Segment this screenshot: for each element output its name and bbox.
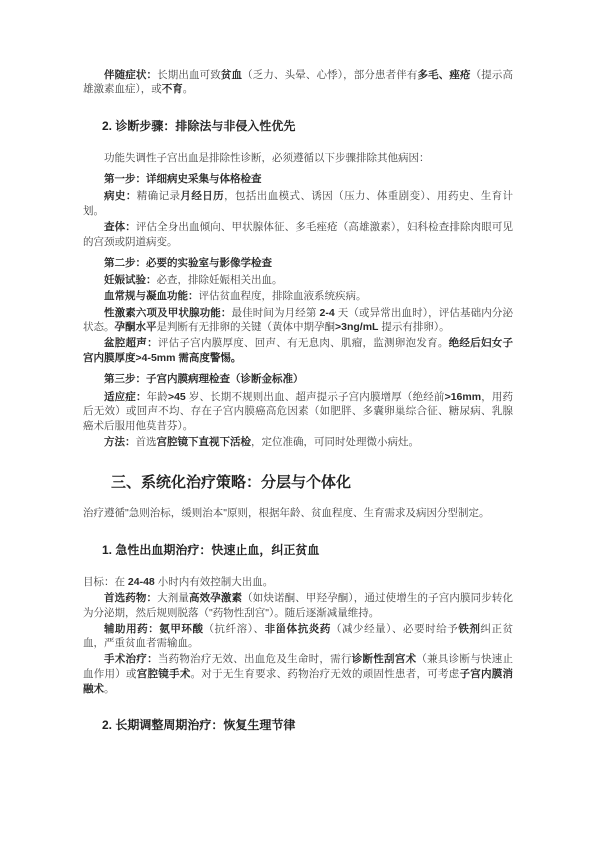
para-hormone-tests-run-7: 提示有排卵）。 — [378, 321, 449, 333]
para-accompanying-symptoms: 伴随症状：长期出血可致贫血（乏力、头晕、心悸），部分患者伴有多毛、痤疮（提示高雄… — [83, 68, 513, 97]
para-indications-run-2: >45 — [168, 391, 186, 403]
para-adjuvant-drugs-run-3: 非甾体抗炎药 — [265, 623, 331, 635]
para-surgical-treatment-run-7: 。 — [104, 683, 115, 695]
para-indications: 适应症：年龄>45 岁、长期不规则出血、超声提示子宫内膜增厚（绝经前>16mm，… — [83, 390, 513, 434]
para-physical-exam-run-0: 查体： — [104, 221, 136, 233]
para-biopsy-method: 方法：首选宫腔镜下直视下活检，定位准确，可同时处理微小病灶。 — [83, 435, 513, 450]
para-treatment-goal-run-1: 24-48 — [128, 576, 155, 588]
para-hormone-tests-run-6: >3ng/mL — [335, 321, 378, 333]
para-treatment-principle: 治疗遵循"急则治标，缓则治本"原则，根据年龄、贫血程度、生育需求及病因分型制定。 — [83, 506, 513, 521]
para-hormone-tests-run-4: 孕酮水平 — [115, 321, 157, 333]
para-adjuvant-drugs-run-4: （减少经量）、必要时给予 — [331, 623, 458, 635]
para-first-line-drugs: 首选药物：大剂量高效孕激素（如炔诺酮、甲羟孕酮），通过使增生的子宫内膜同步转化为… — [83, 591, 513, 620]
heading-step-1-run-0: 第一步：详细病史采集与体格检查 — [104, 173, 262, 185]
para-accompanying-symptoms-run-4: 多毛、痤疮 — [418, 69, 471, 81]
para-physical-exam: 查体：评估全身出血倾向、甲状腺体征、多毛痤疮（高雄激素），妇科检查排除肉眼可见的… — [83, 220, 513, 249]
para-surgical-treatment-run-1: 当药物治疗无效、出血危及生命时，需行 — [158, 653, 352, 665]
para-treatment-goal: 目标：在 24-48 小时内有效控制大出血。 — [83, 575, 513, 590]
para-adjuvant-drugs-run-2: （抗纤溶）、 — [204, 623, 265, 635]
para-treatment-goal-run-0: 目标：在 — [83, 576, 128, 588]
para-accompanying-symptoms-run-0: 伴随症状： — [104, 69, 157, 81]
heading-step-2: 第二步：必要的实验室与影像学检查 — [83, 256, 513, 271]
para-diagnosis-intro: 功能失调性子宫出血是排除性诊断，必须遵循以下步骤排除其他病因： — [83, 151, 513, 166]
para-blood-tests-run-1: 评估贫血程度，排除血液系统疾病。 — [199, 290, 367, 302]
heading-step-2-run-0: 第二步：必要的实验室与影像学检查 — [104, 257, 272, 269]
para-hormone-tests-run-1: 最佳时间为月经第 — [232, 307, 320, 319]
para-indications-run-4: >16mm — [445, 391, 481, 403]
para-indications-run-1: 年龄 — [147, 391, 168, 403]
para-treatment-goal-run-2: 小时内有效控制大出血。 — [155, 576, 273, 588]
document-page: 伴随症状：长期出血可致贫血（乏力、头晕、心悸），部分患者伴有多毛、痤疮（提示高雄… — [0, 0, 595, 841]
para-surgical-treatment-run-2: 诊断性刮宫术 — [352, 653, 417, 665]
heading-acute-bleeding-treatment: 1. 急性出血期治疗：快速止血，纠正贫血 — [83, 542, 513, 559]
para-pregnancy-test: 妊娠试验：必查，排除妊娠相关出血。 — [83, 273, 513, 288]
para-adjuvant-drugs-run-1: 氨甲环酸 — [159, 623, 203, 635]
para-surgical-treatment-run-4: 宫腔镜手术 — [137, 668, 191, 680]
para-first-line-drugs-run-2: 高效孕激素 — [189, 592, 242, 604]
para-hormone-tests: 性激素六项及甲状腺功能：最佳时间为月经第 2-4 天（或异常出血时），评估基础内… — [83, 306, 513, 335]
para-adjuvant-drugs: 辅助用药：氨甲环酸（抗纤溶）、非甾体抗炎药（减少经量）、必要时给予铁剂纠正贫血，… — [83, 622, 513, 651]
para-hormone-tests-run-2: 2-4 — [320, 307, 335, 319]
para-pelvic-ultrasound-run-0: 盆腔超声： — [104, 337, 158, 349]
para-adjuvant-drugs-run-0: 辅助用药： — [104, 623, 159, 635]
para-accompanying-symptoms-run-6: 不育 — [162, 83, 183, 95]
para-biopsy-method-run-3: ，定位准确，可同时处理微小病灶。 — [251, 436, 419, 448]
heading-treatment-strategy-run-0: 三、系统化治疗策略：分层与个体化 — [111, 474, 351, 491]
heading-diagnosis-steps: 2. 诊断步骤：排除法与非侵入性优先 — [83, 118, 513, 135]
para-surgical-treatment: 手术治疗：当药物治疗无效、出血危及生命时，需行诊断性刮宫术（兼具诊断与快速止血作… — [83, 652, 513, 696]
para-first-line-drugs-run-0: 首选药物： — [104, 592, 157, 604]
para-biopsy-method-run-0: 方法： — [104, 436, 136, 448]
para-biopsy-method-run-1: 首选 — [136, 436, 157, 448]
para-treatment-principle-run-0: 治疗遵循"急则治标，缓则治本"原则，根据年龄、贫血程度、生育需求及病因分型制定。 — [83, 507, 489, 519]
para-surgical-treatment-run-5: 。对于无生育要求、药物治疗无效的顽固性患者，可考虑 — [191, 668, 460, 680]
para-accompanying-symptoms-run-7: 。 — [183, 83, 194, 95]
para-surgical-treatment-run-0: 手术治疗： — [104, 653, 158, 665]
para-adjuvant-drugs-run-5: 铁剂 — [458, 623, 480, 635]
para-accompanying-symptoms-run-1: 长期出血可致 — [157, 69, 221, 81]
para-hormone-tests-run-5: 是判断有无排卵的关键（黄体中期孕酮 — [157, 321, 336, 333]
para-history-run-2: 月经日历 — [180, 190, 224, 202]
para-diagnosis-intro-run-0: 功能失调性子宫出血是排除性诊断，必须遵循以下步骤排除其他病因： — [104, 152, 430, 164]
para-physical-exam-run-1: 评估全身出血倾向、甲状腺体征、多毛痤疮（高雄激素），妇科检查排除肉眼可见的宫颈或… — [83, 221, 513, 248]
heading-step-3-run-0: 第三步：子宫内膜病理检查（诊断金标准） — [104, 373, 304, 385]
para-pregnancy-test-run-1: 必查，排除妊娠相关出血。 — [157, 274, 283, 286]
heading-step-1: 第一步：详细病史采集与体格检查 — [83, 172, 513, 187]
para-first-line-drugs-run-1: 大剂量 — [157, 592, 189, 604]
para-indications-run-3: 岁、长期不规则出血、超声提示子宫内膜增厚（绝经前 — [186, 391, 445, 403]
para-accompanying-symptoms-run-2: 贫血 — [221, 69, 242, 81]
para-history-run-0: 病史： — [104, 190, 137, 202]
para-pregnancy-test-run-0: 妊娠试验： — [104, 274, 157, 286]
heading-step-3: 第三步：子宫内膜病理检查（诊断金标准） — [83, 372, 513, 387]
para-pelvic-ultrasound: 盆腔超声：评估子宫内膜厚度、回声、有无息肉、肌瘤，监测卵泡发育。绝经后妇女子宫内… — [83, 336, 513, 365]
para-blood-tests-run-0: 血常规与凝血功能： — [104, 290, 199, 302]
para-history: 病史：精确记录月经日历，包括出血模式、诱因（压力、体重剧变）、用药史、生育计划。 — [83, 189, 513, 218]
heading-diagnosis-steps-run-0: 2. 诊断步骤：排除法与非侵入性优先 — [102, 119, 295, 133]
para-biopsy-method-run-2: 宫腔镜下直视下活检 — [157, 436, 252, 448]
para-hormone-tests-run-0: 性激素六项及甲状腺功能： — [104, 307, 232, 319]
heading-treatment-strategy: 三、系统化治疗策略：分层与个体化 — [83, 473, 513, 493]
heading-long-term-cycle-treatment-run-0: 2. 长期调整周期治疗：恢复生理节律 — [102, 718, 295, 732]
para-accompanying-symptoms-run-3: （乏力、头晕、心悸），部分患者伴有 — [242, 69, 417, 81]
heading-long-term-cycle-treatment: 2. 长期调整周期治疗：恢复生理节律 — [83, 717, 513, 734]
para-indications-run-0: 适应症： — [104, 391, 147, 403]
para-pelvic-ultrasound-run-1: 评估子宫内膜厚度、回声、有无息肉、肌瘤，监测卵泡发育。 — [158, 337, 449, 349]
heading-acute-bleeding-treatment-run-0: 1. 急性出血期治疗：快速止血，纠正贫血 — [102, 543, 319, 557]
document-body: 伴随症状：长期出血可致贫血（乏力、头晕、心悸），部分患者伴有多毛、痤疮（提示高雄… — [83, 66, 513, 750]
para-history-run-1: 精确记录 — [137, 190, 181, 202]
para-blood-tests: 血常规与凝血功能：评估贫血程度，排除血液系统疾病。 — [83, 289, 513, 304]
